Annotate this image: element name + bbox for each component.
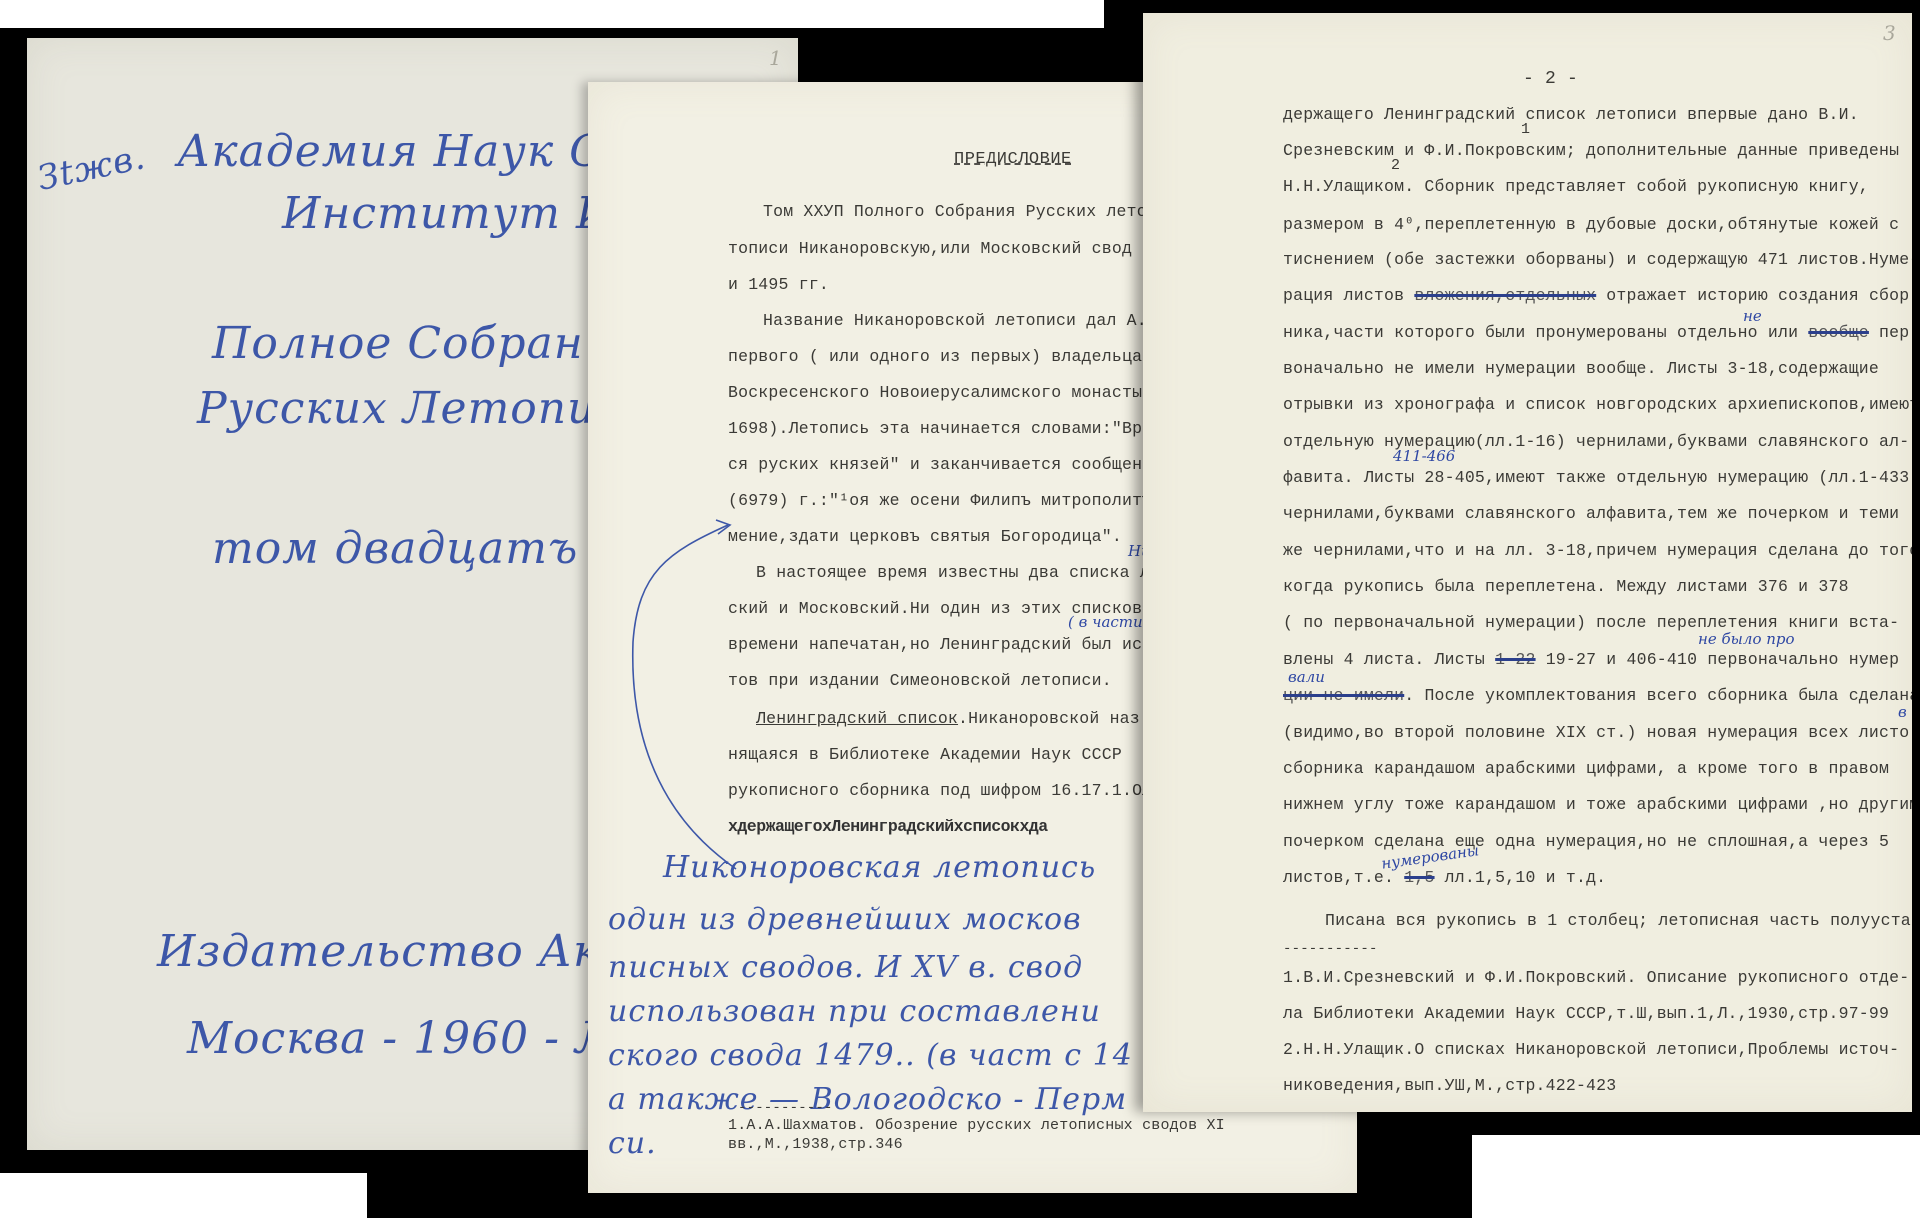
text-line: тиснением (обе застежки оборваны) и соде…	[1283, 250, 1912, 269]
text-line: когда рукопись была переплетена. Между л…	[1283, 577, 1849, 596]
footnote-line: никоведения,вып.УШ,М.,стр.422-423	[1283, 1076, 1616, 1095]
text-fragment: ника,части которого были пронумерованы о…	[1283, 323, 1798, 342]
text-fragment: пер	[1879, 323, 1909, 342]
text-fragment: лл.1,5,10 и т.д.	[1445, 868, 1607, 887]
handwritten-note: Никоноровская летопись	[663, 850, 1096, 885]
text-line: ции не имели. После укомплектования всег…	[1283, 686, 1912, 705]
bottom-left-white-band	[0, 1173, 367, 1218]
text-fragment: отражает историю создания сбор-	[1606, 286, 1912, 305]
text-fragment: фавита. Листы 28-405,	[1283, 468, 1495, 487]
text-line: сборника карандашом арабскими цифрами, а…	[1283, 759, 1889, 778]
footnote-line: 1.В.И.Срезневский и Ф.И.Покровский. Опис…	[1283, 968, 1909, 987]
text-fragment: имеют также отдельную нумерацию (лл.1-43…	[1495, 468, 1912, 487]
annotation-v: в	[1898, 703, 1907, 721]
handwritten-note: а также — Вологодско - Перм	[608, 1082, 1127, 1117]
footnote-rule: -----------	[1283, 941, 1378, 957]
text-line: (видимо,во второй половине XIX ст.) нова…	[1283, 723, 1909, 742]
bottom-right-white-band	[1472, 1135, 1920, 1218]
text-fragment: влены 4 листа. Листы	[1283, 650, 1485, 669]
handwritten-note: ского свода 1479.. (в част с 14	[608, 1038, 1133, 1073]
text-fragment: 19-27 и 406-410 первоначально нумер	[1546, 650, 1900, 669]
struck-text: вложения,отдельных	[1414, 286, 1596, 305]
text-line: размером в 4⁰,переплетенную в дубовые до…	[1283, 214, 1899, 234]
text-line: нижнем углу тоже карандашом и тоже арабс…	[1283, 795, 1912, 814]
text-line: Н.Н.Улащиком. Сборник представляет собой…	[1283, 177, 1869, 196]
handwritten-line: Полное Собран	[212, 318, 584, 369]
annotation-vali: вали	[1288, 668, 1325, 686]
annotation-ne-bylo-pro: не было про	[1698, 630, 1795, 648]
text-line: Срезневским и Ф.И.Покровским; дополнител…	[1283, 141, 1899, 160]
struck-text: вообще	[1808, 323, 1869, 342]
text-line: листов,т.е. 1,5 лл.1,5,10 и т.д.	[1283, 868, 1606, 887]
handwritten-line: Институт И	[282, 188, 615, 239]
text-fragment: листов,т.е.	[1283, 868, 1394, 887]
text-line: же чернилами,что и на лл. 3-18,причем ну…	[1283, 541, 1912, 560]
handwritten-note: си.	[608, 1126, 657, 1161]
handwritten-line: Академия Наук С	[177, 126, 604, 177]
handwritten-note: использован при составлени	[608, 994, 1101, 1029]
text-line: ( по первоначальной нумерации) после пер…	[1283, 613, 1899, 632]
text-line: рация листов вложения,отдельных отражает…	[1283, 286, 1912, 305]
text-line: отдельную нумерацию(лл.1-16) чернилами,б…	[1283, 432, 1909, 451]
text-line: чернилами,буквами славянского алфавита,т…	[1283, 504, 1899, 523]
annotation-range: 411-466	[1393, 447, 1455, 465]
margin-note: Зtжв.	[34, 137, 149, 199]
footnote-line: вв.,М.,1938,стр.346	[728, 1136, 903, 1153]
text-line: отрывки из хронографа и список новгородс…	[1283, 395, 1912, 414]
text-fragment: . После укомплектования всего сборника б…	[1404, 686, 1912, 705]
text-line: держащего Ленинградский список летописи …	[1283, 105, 1859, 124]
top-white-band	[0, 0, 1104, 28]
handwritten-line: Русских Летопи	[197, 383, 596, 434]
footnote-rule: -----------	[738, 1100, 833, 1116]
page-number: 1	[769, 46, 782, 70]
struck-text: ции не имели	[1283, 686, 1404, 705]
footnote-line: ла Библиотеки Академии Наук СССР,т.Ш,вып…	[1283, 1004, 1889, 1023]
text-fragment: рация листов	[1283, 286, 1404, 305]
text-line: фавита. Листы 28-405,имеют также отдельн…	[1283, 468, 1912, 487]
handwritten-note: один из древнейших москов	[608, 902, 1082, 937]
typescript-page-2: 3 - 2 - держащего Ленинградский список л…	[1143, 13, 1912, 1112]
footnote-line: 1.А.А.Шахматов. Обозрение русских летопи…	[728, 1117, 1225, 1134]
text-line: Писана вся рукопись в 1 столбец; летопис…	[1325, 911, 1911, 930]
page-number: 3	[1883, 21, 1896, 45]
text-line: воначально не имели нумерации вообще. Ли…	[1283, 359, 1879, 378]
struck-text: 1,5	[1404, 868, 1434, 887]
footnote-line: 2.Н.Н.Улащик.О списках Никаноровской лет…	[1283, 1040, 1899, 1059]
text-line: почерком сделана еще одна нумерация,но н…	[1283, 832, 1889, 851]
text-line: ника,части которого были пронумерованы о…	[1283, 323, 1909, 342]
typed-page-number: - 2 -	[1523, 69, 1578, 89]
text-line: влены 4 листа. Листы 1-22 19-27 и 406-41…	[1283, 650, 1899, 669]
superscript-2: 2	[1391, 157, 1400, 174]
handwritten-note: писных сводов. И XV в. свод	[608, 950, 1083, 985]
handwritten-line: том двадцатъ	[212, 523, 578, 574]
superscript-1: 1	[1521, 121, 1530, 138]
struck-text: 1-22	[1495, 650, 1535, 669]
